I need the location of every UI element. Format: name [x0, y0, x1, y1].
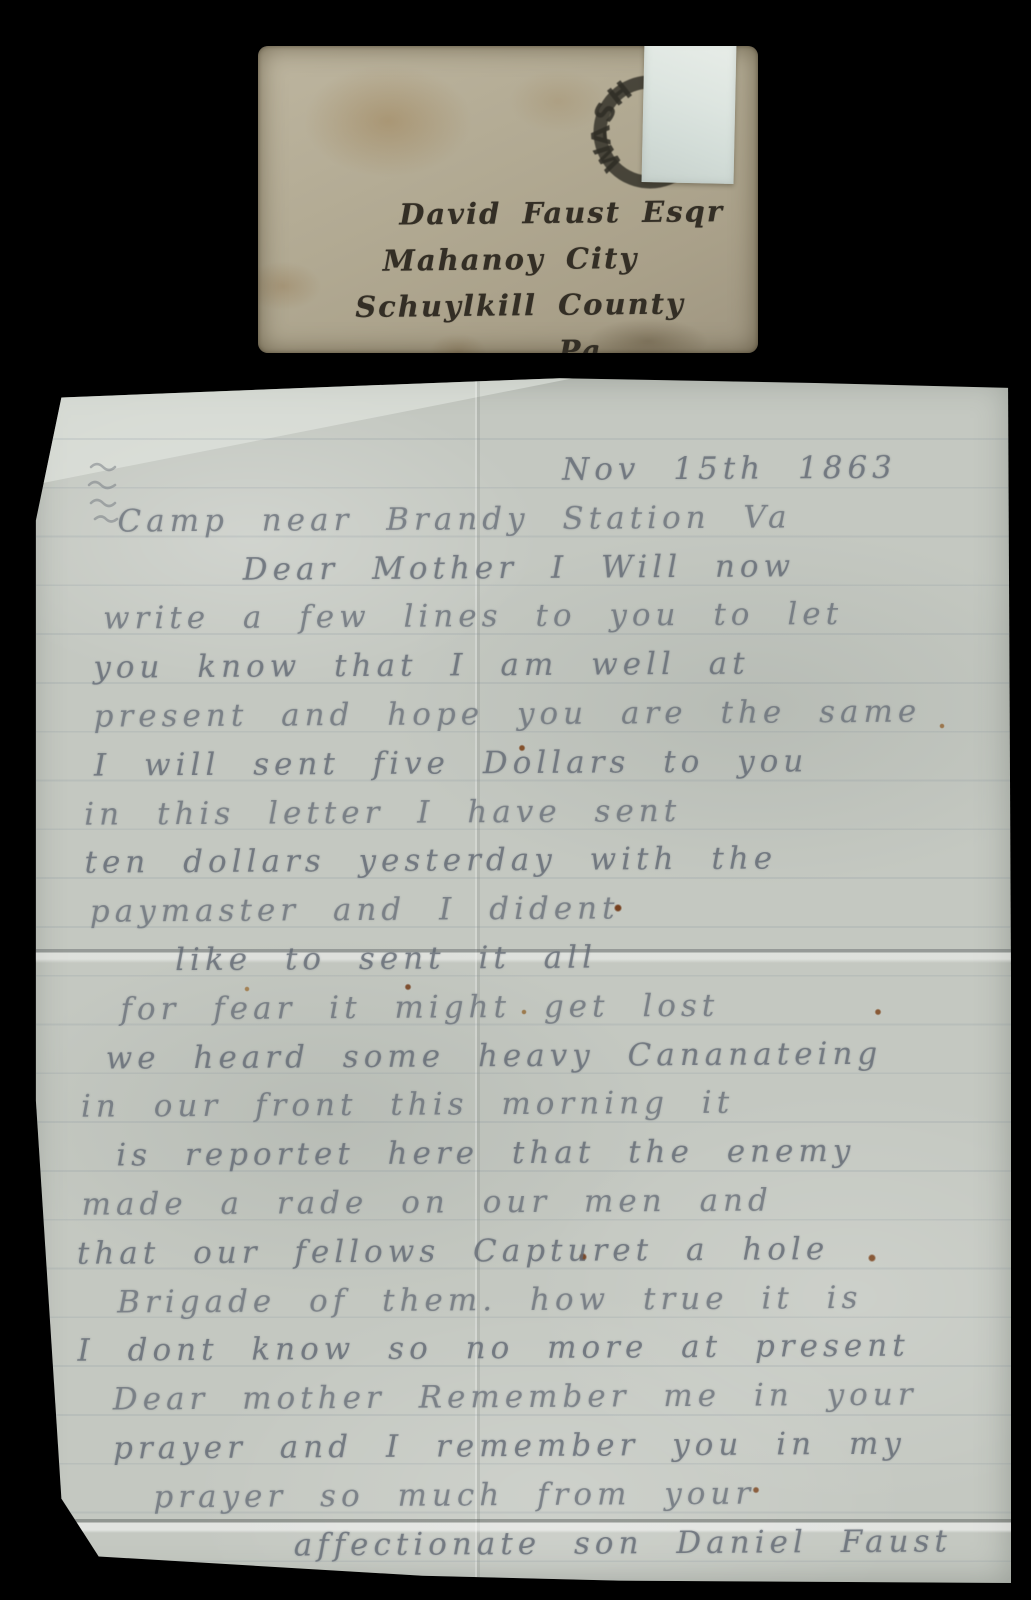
letter-line: write a few lines to you to let: [103, 591, 1012, 645]
letter-line: that our fellows Capturet a hole: [77, 1226, 1016, 1281]
letter-line: I dont know so no more at present: [77, 1323, 1016, 1378]
letter-page: Nov 15th 1863 Camp near Brandy Station V…: [30, 377, 1011, 1583]
envelope: W A S H David Faust Esqr Mahanoy City Sc…: [258, 46, 758, 353]
letter-line: Dear Mother I Will now: [243, 543, 1012, 596]
letter-line: Camp near Brandy Station Va: [117, 494, 1011, 548]
letter-line: we heard some heavy Cananateing: [106, 1031, 1015, 1085]
letter-line: prayer and I remember you in my: [113, 1421, 1017, 1475]
letter-line: for fear it might get lost: [120, 982, 1014, 1036]
letter-line: ten dollars yesterday with the: [84, 835, 1013, 889]
letter-line: prayer so much from your: [153, 1470, 1017, 1524]
letter-line: made a rade on our men and: [81, 1177, 1015, 1232]
letter-body: Nov 15th 1863 Camp near Brandy Station V…: [30, 445, 1018, 1573]
letter-line-date: Nov 15th 1863: [562, 445, 1011, 497]
address-line: David Faust Esqr: [399, 190, 742, 240]
letter-line: is reportet here that the enemy: [116, 1128, 1015, 1182]
address-line: Schuylkill County: [355, 282, 743, 332]
envelope-address: David Faust Esqr Mahanoy City Schuylkill…: [352, 190, 744, 353]
letter-line: I will sent five Dollars to you: [94, 738, 1013, 792]
letter-line: in our front this morning it: [81, 1079, 1015, 1134]
letter-line: you know that I am well at: [93, 640, 1012, 694]
letter-line: like to sent it all: [175, 933, 1014, 987]
letter-line: Dear mother Remember me in your: [113, 1372, 1017, 1426]
letter-line-signature: affectionate son Daniel Faust: [294, 1519, 1018, 1572]
stamp-remnant: [642, 46, 737, 184]
photograph-background: W A S H David Faust Esqr Mahanoy City Sc…: [0, 0, 1031, 1600]
address-line: Pa.: [558, 328, 743, 353]
letter-line: in this letter I have sent: [84, 787, 1013, 841]
letter-line: Brigade of them. how true it is: [117, 1275, 1016, 1329]
postmark-letter: A: [586, 124, 617, 146]
letter-line: paymaster and I dident: [90, 884, 1014, 938]
address-line: Mahanoy City: [383, 236, 743, 286]
letter-line: present and hope you are the same: [93, 689, 1012, 743]
